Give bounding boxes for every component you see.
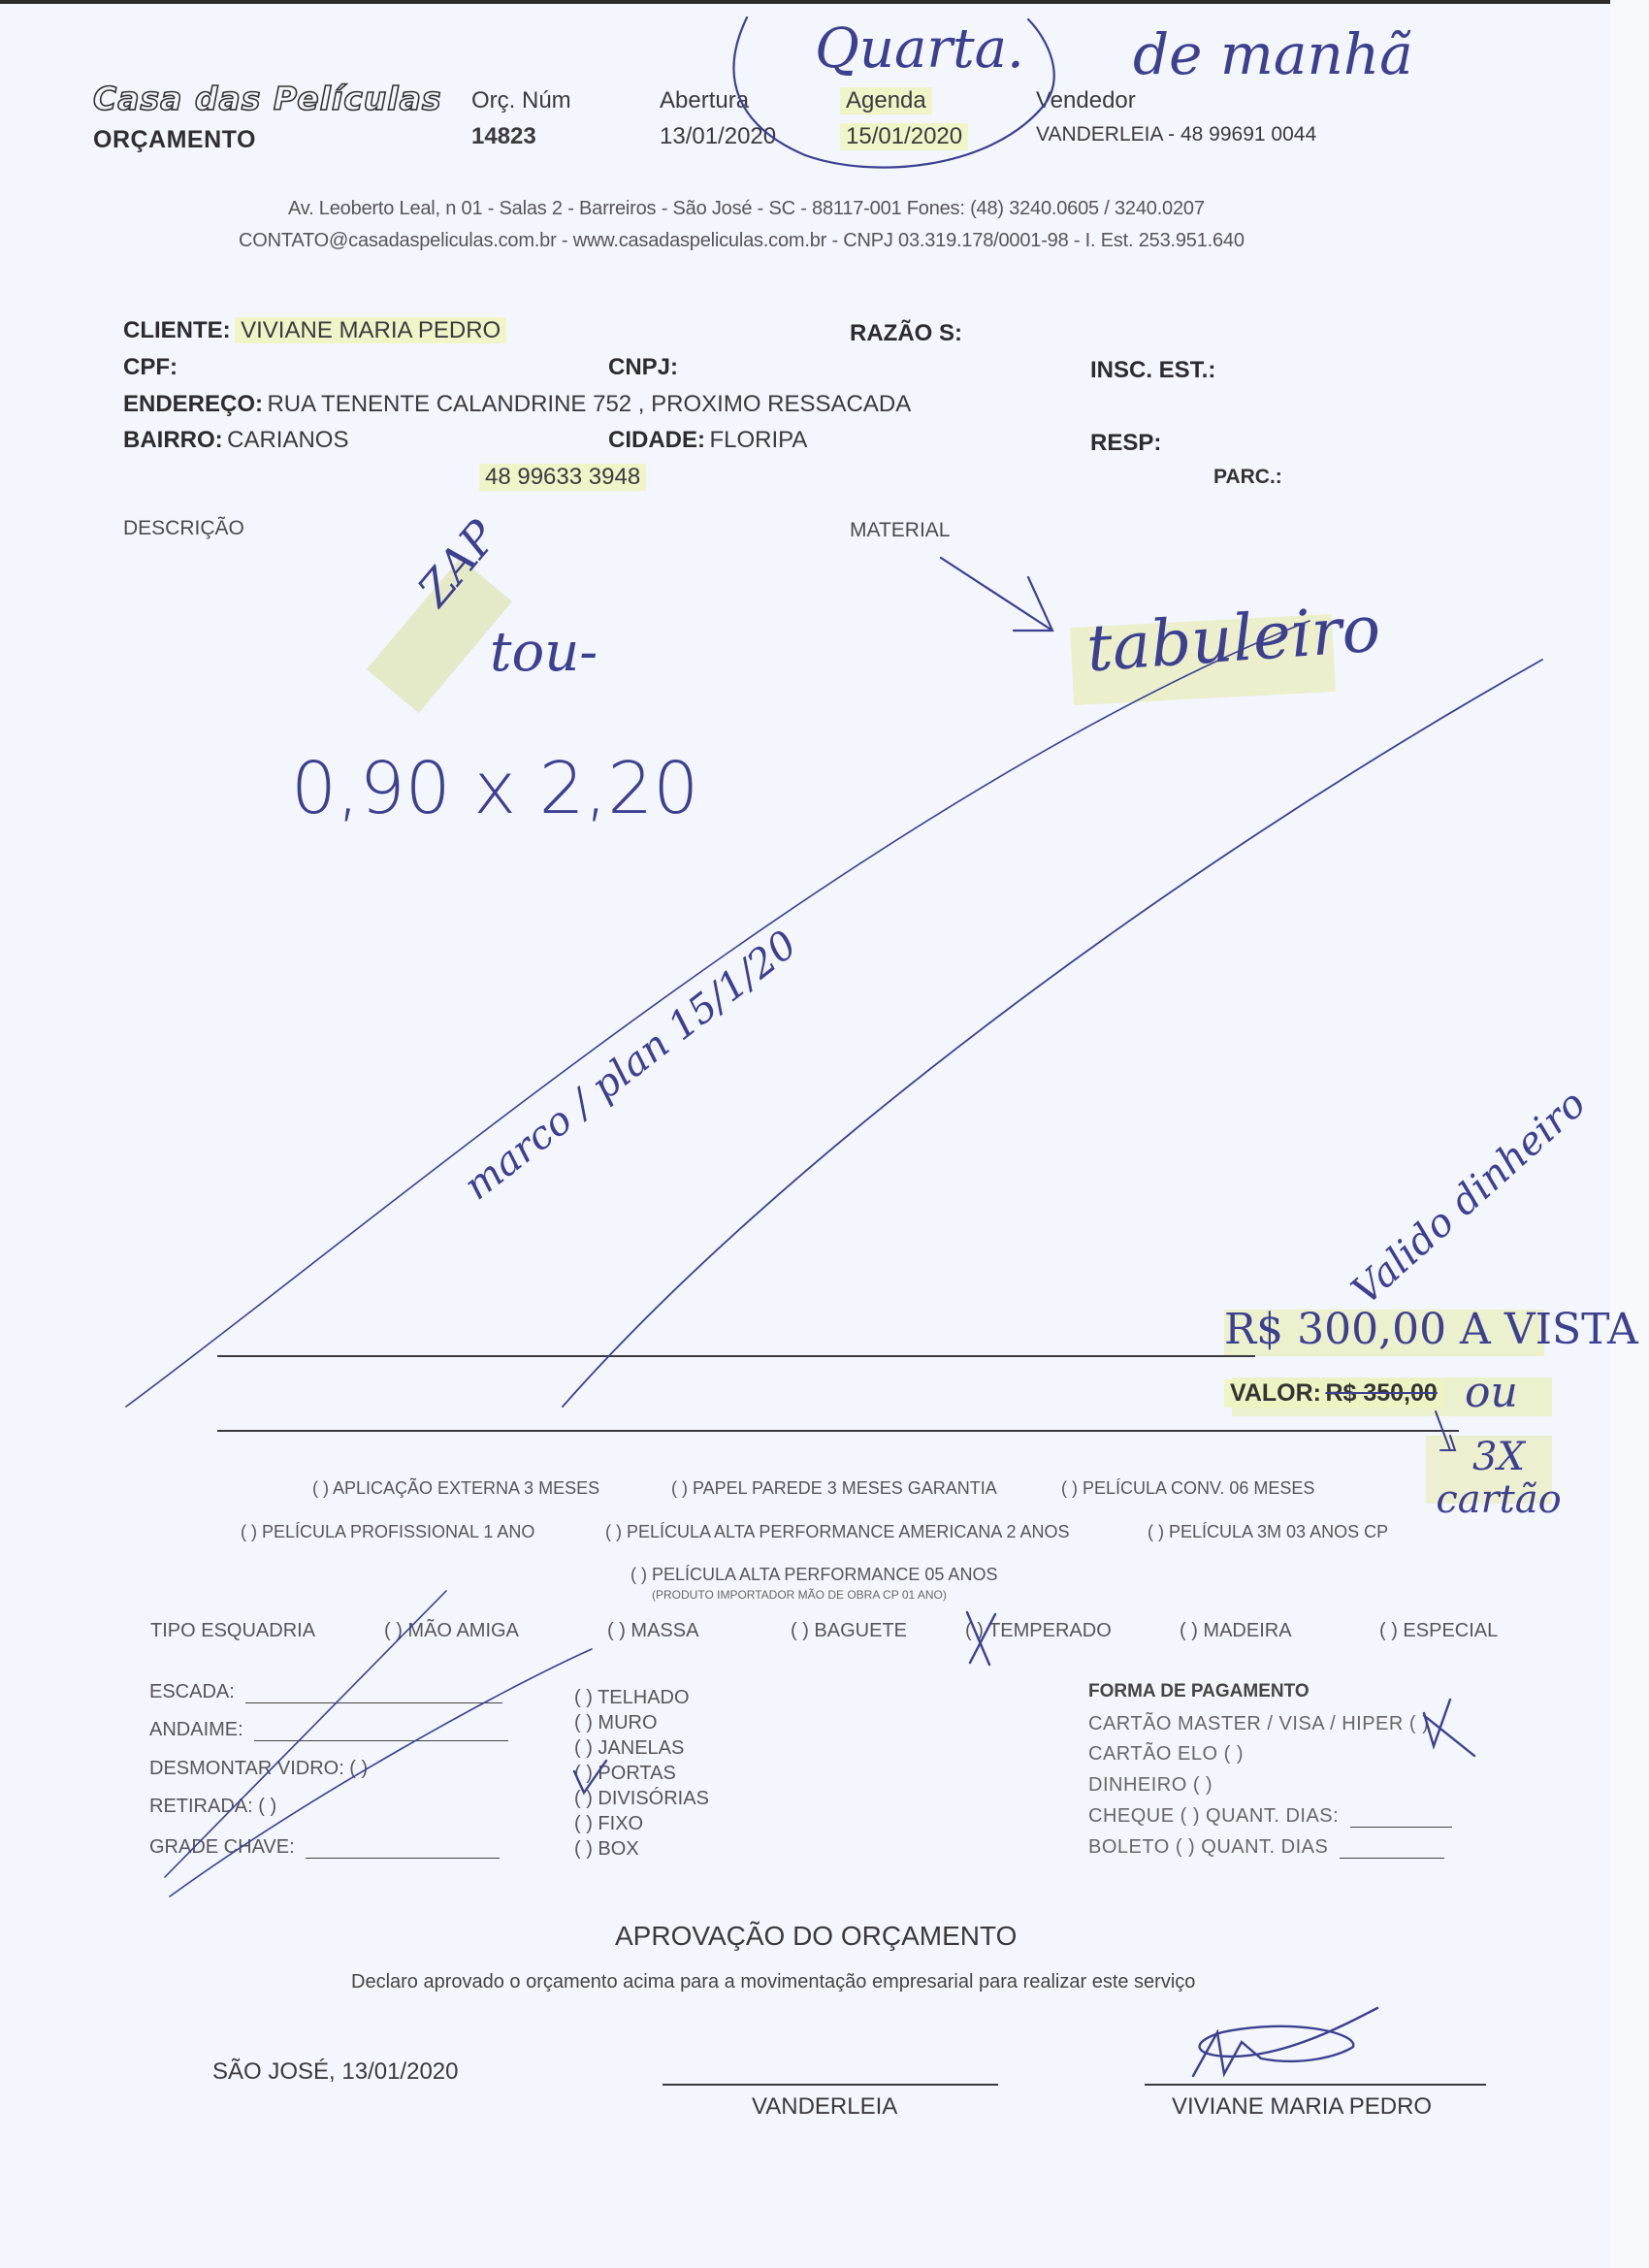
cliente-value: VIVIANE MARIA PEDRO bbox=[235, 317, 506, 343]
location-portas[interactable]: ( ) PORTAS bbox=[574, 1763, 676, 1785]
total-rule-bottom bbox=[217, 1430, 1459, 1432]
company-logo: Casa das Películas bbox=[93, 80, 442, 117]
valor-value: R$ 350,00 bbox=[1325, 1379, 1437, 1407]
grade-chave-input[interactable] bbox=[306, 1858, 500, 1859]
bairro-value: CARIANOS bbox=[227, 427, 348, 453]
location-janelas[interactable]: ( ) JANELAS bbox=[574, 1737, 684, 1760]
cidade-value: FLORIPA bbox=[709, 427, 807, 453]
handwritten-price-note: R$ 300,00 A VISTA bbox=[1224, 1305, 1638, 1354]
cliente-label: CLIENTE: bbox=[123, 317, 231, 343]
endereco-field: ENDEREÇO: RUA TENENTE CALANDRINE 752 , P… bbox=[123, 391, 911, 418]
option-pelicula-americana[interactable]: ( ) PELÍCULA ALTA PERFORMANCE AMERICANA … bbox=[605, 1522, 1069, 1542]
approval-title: APROVAÇÃO DO ORÇAMENTO bbox=[615, 1921, 1017, 1952]
parc-label: PARC.: bbox=[1213, 466, 1282, 489]
option-aplicacao-externa[interactable]: ( ) APLICAÇÃO EXTERNA 3 MESES bbox=[312, 1478, 599, 1499]
location-box[interactable]: ( ) BOX bbox=[574, 1838, 639, 1861]
handwritten-diagonal-note: marco / plan 15/1/20 bbox=[456, 923, 805, 1210]
esquadria-label: TIPO ESQUADRIA bbox=[150, 1620, 315, 1642]
handwritten-ou: ou bbox=[1465, 1368, 1518, 1417]
warranty-note: (PRODUTO IMPORTADOR MÃO DE OBRA CP 01 AN… bbox=[652, 1588, 947, 1602]
total-value-field: VALOR: R$ 350,00 bbox=[1224, 1379, 1443, 1408]
service-grade-chave: GRADE CHAVE: bbox=[149, 1836, 500, 1859]
agenda-value: 15/01/2020 bbox=[840, 123, 968, 150]
handwritten-weekday: Quarta. bbox=[815, 17, 1024, 81]
arrow-icon bbox=[941, 558, 1052, 631]
client-signature bbox=[1193, 2008, 1377, 2076]
handwritten-valid-note: Valido dinheiro bbox=[1343, 1082, 1595, 1313]
service-retirada[interactable]: RETIRADA: ( ) bbox=[149, 1796, 276, 1818]
scan-right-edge bbox=[1610, 0, 1649, 2268]
valor-label: VALOR: bbox=[1230, 1379, 1321, 1407]
cliente-field: CLIENTE: VIVIANE MARIA PEDRO bbox=[123, 317, 506, 344]
company-contact: CONTATO@casadaspeliculas.com.br - www.ca… bbox=[239, 230, 1245, 252]
client-phone: 48 99633 3948 bbox=[479, 464, 646, 491]
abertura-label: Abertura bbox=[660, 87, 749, 114]
handwritten-installments: 3X cartão bbox=[1436, 1436, 1562, 1521]
material-label: MATERIAL bbox=[850, 519, 950, 542]
endereco-value: RUA TENENTE CALANDRINE 752 , PROXIMO RES… bbox=[267, 391, 911, 417]
handwritten-tou: tou- bbox=[490, 621, 598, 684]
payment-dinheiro[interactable]: DINHEIRO ( ) bbox=[1088, 1774, 1212, 1797]
cheque-days-input[interactable] bbox=[1350, 1827, 1452, 1828]
descricao-label: DESCRIÇÃO bbox=[123, 517, 244, 540]
service-andaime: ANDAIME: bbox=[149, 1719, 508, 1741]
endereco-label: ENDEREÇO: bbox=[123, 391, 263, 417]
option-papel-parede[interactable]: ( ) PAPEL PAREDE 3 MESES GARANTIA bbox=[671, 1478, 997, 1499]
service-escada: ESCADA: bbox=[149, 1681, 502, 1703]
bairro-label: BAIRRO: bbox=[123, 427, 223, 453]
location-telhado[interactable]: ( ) TELHADO bbox=[574, 1687, 690, 1709]
service-desmontar-vidro[interactable]: DESMONTAR VIDRO: ( ) bbox=[149, 1758, 368, 1780]
company-address: Av. Leoberto Leal, n 01 - Salas 2 - Barr… bbox=[288, 198, 1205, 220]
check-mark-icon bbox=[1424, 1700, 1474, 1756]
handwritten-measure: 0,90 x 2,20 bbox=[291, 747, 698, 830]
payment-cheque[interactable]: CHEQUE ( ) QUANT. DIAS: bbox=[1088, 1805, 1452, 1828]
boleto-days-input[interactable] bbox=[1340, 1858, 1444, 1859]
cidade-field: CIDADE: FLORIPA bbox=[608, 427, 807, 454]
approval-text: Declaro aprovado o orçamento acima para … bbox=[351, 1971, 1195, 1993]
esquadria-temperado[interactable]: ( ) TEMPERADO bbox=[965, 1620, 1112, 1642]
payment-title: FORMA DE PAGAMENTO bbox=[1088, 1681, 1309, 1702]
abertura-value: 13/01/2020 bbox=[660, 123, 776, 150]
location-fixo[interactable]: ( ) FIXO bbox=[574, 1813, 643, 1835]
resp-label: RESP: bbox=[1090, 430, 1161, 457]
vendedor-label: Vendedor bbox=[1036, 87, 1136, 114]
esquadria-madeira[interactable]: ( ) MADEIRA bbox=[1180, 1620, 1292, 1642]
esquadria-massa[interactable]: ( ) MASSA bbox=[607, 1620, 698, 1642]
payment-boleto[interactable]: BOLETO ( ) QUANT. DIAS bbox=[1088, 1836, 1444, 1859]
agenda-label: Agenda bbox=[840, 87, 932, 114]
location-divisorias[interactable]: ( ) DIVISÓRIAS bbox=[574, 1788, 709, 1810]
bairro-field: BAIRRO: CARIANOS bbox=[123, 427, 348, 454]
option-pelicula-conv[interactable]: ( ) PELÍCULA CONV. 06 MESES bbox=[1061, 1478, 1314, 1499]
city-date: SÃO JOSÉ, 13/01/2020 bbox=[212, 2058, 459, 2086]
orc-num-label: Orç. Núm bbox=[471, 87, 571, 114]
location-muro[interactable]: ( ) MURO bbox=[574, 1712, 658, 1734]
handwritten-morning: de manhã bbox=[1133, 21, 1413, 87]
document-type: ORÇAMENTO bbox=[93, 126, 256, 154]
esquadria-baguete[interactable]: ( ) BAGUETE bbox=[791, 1620, 907, 1642]
option-pelicula-3m[interactable]: ( ) PELÍCULA 3M 03 ANOS CP bbox=[1148, 1522, 1388, 1542]
orc-num-value: 14823 bbox=[471, 123, 536, 150]
client-signature-line[interactable] bbox=[1145, 2084, 1486, 2086]
cnpj-label: CNPJ: bbox=[608, 354, 678, 381]
cidade-label: CIDADE: bbox=[608, 427, 705, 453]
vendedor-value: VANDERLEIA - 48 99691 0044 bbox=[1036, 123, 1316, 146]
insc-est-label: INSC. EST.: bbox=[1090, 357, 1215, 384]
client-signature-name: VIVIANE MARIA PEDRO bbox=[1172, 2093, 1432, 2121]
cpf-label: CPF: bbox=[123, 354, 178, 381]
strike-line bbox=[563, 660, 1542, 1407]
escada-input[interactable] bbox=[245, 1702, 502, 1703]
payment-cartao-elo[interactable]: CARTÃO ELO ( ) bbox=[1088, 1743, 1244, 1766]
andaime-input[interactable] bbox=[254, 1740, 508, 1741]
scan-top-edge bbox=[0, 0, 1649, 4]
total-rule-top bbox=[217, 1355, 1255, 1357]
option-pelicula-profissional[interactable]: ( ) PELÍCULA PROFISSIONAL 1 ANO bbox=[241, 1522, 534, 1542]
esquadria-mao-amiga[interactable]: ( ) MÃO AMIGA bbox=[384, 1620, 519, 1642]
option-pelicula-alta-performance[interactable]: ( ) PELÍCULA ALTA PERFORMANCE 05 ANOS bbox=[630, 1565, 997, 1585]
handwritten-material: tabuleiro bbox=[1084, 592, 1383, 687]
razao-label: RAZÃO S: bbox=[850, 320, 962, 347]
seller-signature-line[interactable] bbox=[663, 2084, 998, 2086]
esquadria-especial[interactable]: ( ) ESPECIAL bbox=[1379, 1620, 1498, 1642]
seller-signature-name: VANDERLEIA bbox=[752, 2093, 897, 2121]
payment-cartao-master[interactable]: CARTÃO MASTER / VISA / HIPER ( ) bbox=[1088, 1713, 1429, 1735]
